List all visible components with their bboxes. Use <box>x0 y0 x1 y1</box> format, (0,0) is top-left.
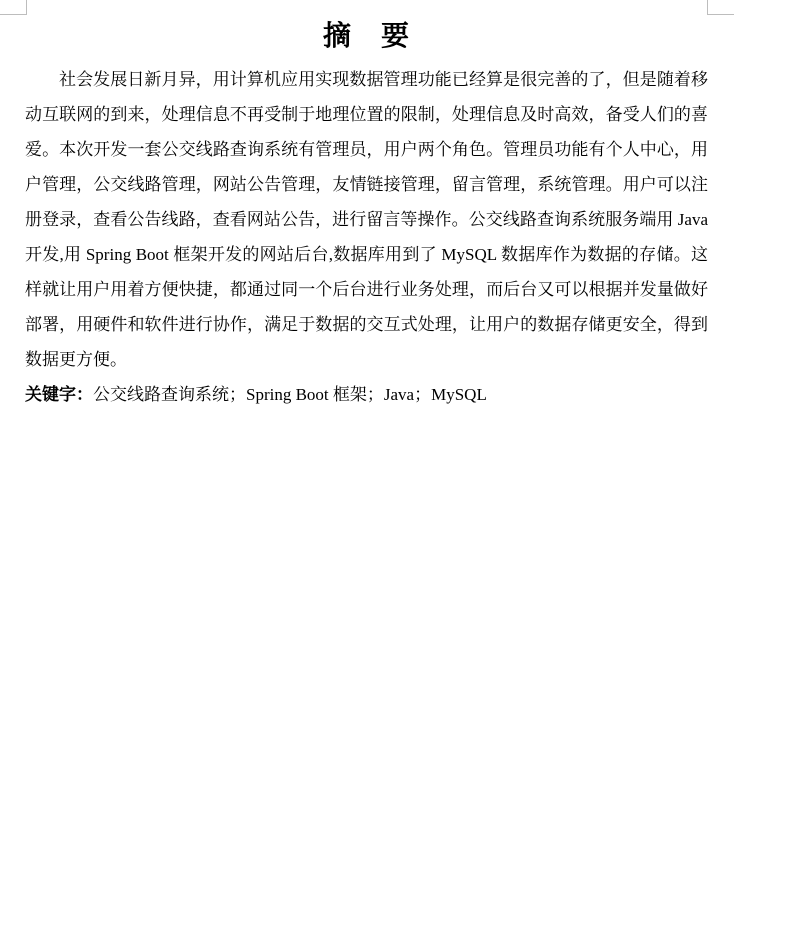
keywords-text: 公交线路查询系统；Spring Boot 框架；Java；MySQL <box>93 385 487 404</box>
keywords-label: 关键字： <box>25 385 93 404</box>
document-page: 摘 要 社会发展日新月异，用计算机应用实现数据管理功能已经算是很完善的了，但是随… <box>0 0 794 952</box>
page-title: 摘 要 <box>25 10 708 62</box>
text-boundary-mark-top-right <box>707 0 734 15</box>
text-boundary-mark-top-left <box>0 0 27 15</box>
keywords-line: 关键字：公交线路查询系统；Spring Boot 框架；Java；MySQL <box>25 377 708 412</box>
text-area: 摘 要 社会发展日新月异，用计算机应用实现数据管理功能已经算是很完善的了，但是随… <box>25 0 708 412</box>
abstract-paragraph: 社会发展日新月异，用计算机应用实现数据管理功能已经算是很完善的了，但是随着移动互… <box>25 62 708 377</box>
